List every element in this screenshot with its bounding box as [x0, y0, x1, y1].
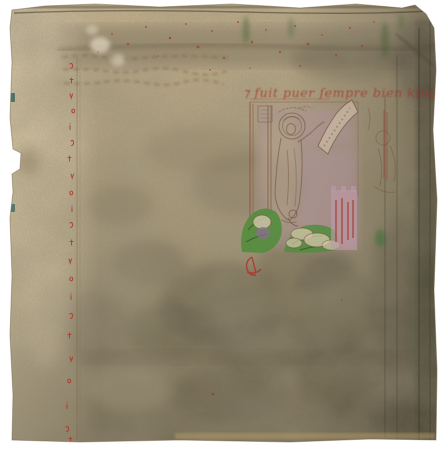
parchment-surface: ⁊ fuit puer ſempre bien kinge [0, 0, 445, 450]
purple-robe-patch [256, 227, 270, 239]
grain-texture [0, 0, 445, 450]
rubric-text: ⁊ fuit puer ſempre bien kinge [243, 85, 445, 100]
manuscript-leaf-rendering: ⁊ fuit puer ſempre bien kinge [0, 0, 445, 450]
pink-tower [331, 186, 357, 250]
manuscript-photo: ⁊ fuit puer ſempre bien kinge [0, 0, 445, 450]
bottom-edge-strip [175, 433, 435, 439]
